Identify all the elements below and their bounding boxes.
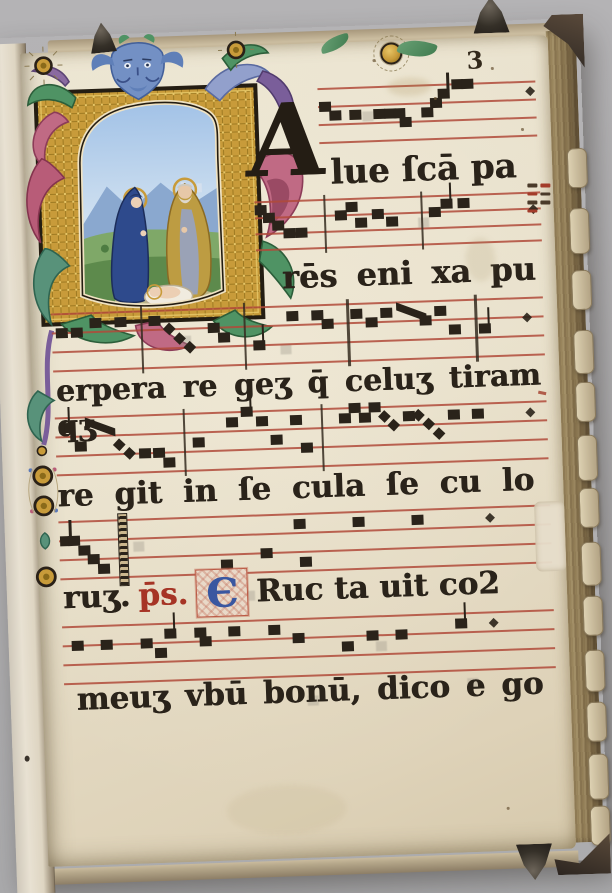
annotation-mark xyxy=(540,200,550,204)
neume-square xyxy=(457,198,469,208)
neume-square xyxy=(90,317,102,327)
neume-stem xyxy=(446,73,449,91)
neume-square xyxy=(295,228,307,238)
repair-patch xyxy=(534,501,566,572)
neume-square xyxy=(380,307,392,317)
neume-square xyxy=(253,340,265,350)
index-tab xyxy=(582,595,603,636)
custos xyxy=(485,512,495,522)
index-tab xyxy=(580,542,602,587)
neume-square xyxy=(321,319,333,329)
staff-line xyxy=(52,334,544,353)
neume-square xyxy=(70,327,82,337)
annotation-mark xyxy=(527,200,537,204)
speck xyxy=(521,128,524,131)
neume-square xyxy=(342,641,354,651)
neume-square xyxy=(355,217,367,227)
division-bar xyxy=(420,191,425,249)
metal-boss xyxy=(472,0,509,34)
neume-diamond xyxy=(163,323,176,336)
index-tab xyxy=(571,270,592,311)
neume-square xyxy=(462,79,474,89)
neume-square xyxy=(268,624,280,634)
speck xyxy=(434,97,437,100)
annotation-mark xyxy=(527,192,537,196)
neume-square xyxy=(396,629,408,639)
index-tab xyxy=(584,649,605,692)
neume-square xyxy=(434,305,446,315)
neume-square xyxy=(294,518,306,528)
neume-square xyxy=(330,110,342,120)
speck xyxy=(491,67,494,70)
annotation-mark xyxy=(527,209,537,213)
neume-diamond xyxy=(123,447,136,460)
neume-square xyxy=(346,202,358,212)
neume-square xyxy=(55,328,67,338)
neume-square xyxy=(293,633,305,643)
manuscript-page: 3 xyxy=(20,35,576,867)
neume-square xyxy=(199,636,211,646)
neume-square xyxy=(301,442,313,452)
neume-diamond xyxy=(183,341,196,354)
division-bar xyxy=(323,195,328,253)
neume-square xyxy=(260,548,272,558)
neume-square xyxy=(353,516,365,526)
staff xyxy=(254,192,542,250)
index-tab xyxy=(573,330,595,375)
index-tab xyxy=(579,488,600,529)
annotation-mark xyxy=(540,192,550,196)
chant-text: Ruc ta uit co2 xyxy=(256,565,501,609)
neume-stem xyxy=(487,307,490,325)
neume-square xyxy=(419,315,431,325)
neume-square xyxy=(400,117,412,127)
neume-square xyxy=(155,647,167,657)
staff-line xyxy=(256,239,542,251)
staff-line xyxy=(63,647,555,666)
neume-square xyxy=(412,514,424,524)
neume-square xyxy=(440,198,452,208)
index-tab xyxy=(588,753,610,800)
neume-diamond xyxy=(173,332,186,345)
custos xyxy=(489,617,499,627)
index-tab xyxy=(567,148,588,189)
index-tab xyxy=(577,435,599,482)
neume-square xyxy=(164,628,176,638)
neume-square xyxy=(286,310,298,320)
neume-square xyxy=(365,317,377,327)
neume-square xyxy=(350,308,362,318)
neume-square xyxy=(386,216,398,226)
neume-square xyxy=(71,641,83,651)
neume-square xyxy=(366,630,378,640)
division-bar xyxy=(139,306,144,373)
neume-square xyxy=(138,448,150,458)
initial-e-glyph: Є xyxy=(205,569,238,617)
custos xyxy=(522,312,532,322)
index-tab xyxy=(575,382,596,423)
neume-square xyxy=(149,315,161,325)
neume-square xyxy=(140,638,152,648)
ink-speck xyxy=(25,756,30,762)
neume-square xyxy=(421,107,433,117)
neume-square xyxy=(449,324,461,334)
antiphonary-book: 3 xyxy=(0,18,609,880)
neume-square xyxy=(101,640,113,650)
chant-text: lue ſcā pa xyxy=(330,146,517,192)
chant-text: ruʒ. xyxy=(62,578,130,616)
division-bar xyxy=(243,303,248,370)
neume-square xyxy=(218,332,230,342)
speck xyxy=(507,807,510,810)
neume-square xyxy=(438,88,450,98)
neume-square xyxy=(114,316,126,326)
annotation-mark xyxy=(527,183,537,187)
neume-square xyxy=(272,220,284,230)
speck xyxy=(372,59,375,62)
annotation-mark xyxy=(540,183,550,187)
neume-square xyxy=(479,323,491,333)
neume-square xyxy=(349,110,361,120)
photograph-background: 3 xyxy=(0,0,612,893)
custos xyxy=(525,86,535,96)
neume-square xyxy=(372,209,384,219)
neume-square xyxy=(228,626,240,636)
marginal-annotation xyxy=(527,183,550,212)
illuminated-initial-e: Є xyxy=(195,568,249,618)
index-tab xyxy=(569,208,591,255)
chant-text-line-1: lue ſcā pa xyxy=(330,146,517,192)
neume-square xyxy=(429,207,441,217)
staff-line xyxy=(63,628,555,647)
cadel-initial-a: A xyxy=(245,87,322,195)
index-tab xyxy=(586,701,607,742)
neume-square xyxy=(163,457,175,467)
staff-line xyxy=(319,134,537,144)
psalm-rubric: p̄s. xyxy=(138,576,189,614)
neume-square xyxy=(455,618,467,628)
